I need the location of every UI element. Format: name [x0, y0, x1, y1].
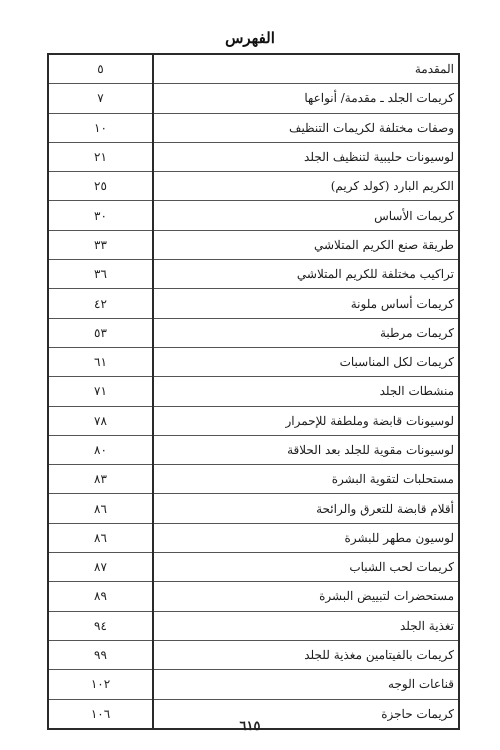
toc-page-number: ٥٣ — [48, 318, 153, 347]
toc-entry-title: كريمات لحب الشباب — [153, 553, 459, 582]
toc-entry-title: لوسيون مطهر للبشرة — [153, 523, 459, 552]
toc-page-number: ٣٦ — [48, 260, 153, 289]
toc-row: ٨٦أقلام قابضة للتعرق والرائحة — [48, 494, 459, 523]
toc-row: ٨٣مستحلبات لتقوية البشرة — [48, 465, 459, 494]
toc-entry-title: الكريم البارد (كولد كريم) — [153, 172, 459, 201]
toc-row: ٨٧كريمات لحب الشباب — [48, 553, 459, 582]
toc-page-number: ٧٨ — [48, 406, 153, 435]
toc-entry-title: لوسيونات قابضة وملطفة للإحمرار — [153, 406, 459, 435]
page-number: ٦١٥ — [0, 719, 500, 734]
toc-entry-title: كريمات أساس ملونة — [153, 289, 459, 318]
toc-page-number: ٨٦ — [48, 494, 153, 523]
page-title: الفهرس — [0, 29, 500, 47]
toc-row: ٨٠لوسيونات مقوية للجلد بعد الحلاقة — [48, 435, 459, 464]
toc-page-number: ٨٩ — [48, 582, 153, 611]
toc-entry-title: المقدمة — [153, 54, 459, 84]
toc-page-number: ٨٣ — [48, 465, 153, 494]
toc-row: ٢١لوسيونات حليبية لتنظيف الجلد — [48, 142, 459, 171]
toc-entry-title: كريمات بالفيتامين مغذية للجلد — [153, 640, 459, 669]
toc-row: ٨٦لوسيون مطهر للبشرة — [48, 523, 459, 552]
toc-page-number: ٦١ — [48, 347, 153, 376]
toc-row: ٦١كريمات لكل المناسبات — [48, 347, 459, 376]
toc-row: ١٠وصفات مختلفة لكريمات التنظيف — [48, 113, 459, 142]
toc-entry-title: مستحلبات لتقوية البشرة — [153, 465, 459, 494]
toc-entry-title: لوسيونات حليبية لتنظيف الجلد — [153, 142, 459, 171]
toc-page-number: ٣٠ — [48, 201, 153, 230]
toc-page-number: ٨٠ — [48, 435, 153, 464]
toc-page-number: ٩٤ — [48, 611, 153, 640]
toc-row: ٧٨لوسيونات قابضة وملطفة للإحمرار — [48, 406, 459, 435]
toc-row: ٥المقدمة — [48, 54, 459, 84]
toc-row: ٣٠كريمات الأساس — [48, 201, 459, 230]
toc-row: ٤٢كريمات أساس ملونة — [48, 289, 459, 318]
toc-entry-title: كريمات لكل المناسبات — [153, 347, 459, 376]
toc-row: ١٠٢قناعات الوجه — [48, 670, 459, 699]
toc-page-number: ٨٧ — [48, 553, 153, 582]
toc-row: ٩٤تغذية الجلد — [48, 611, 459, 640]
toc-page-number: ٩٩ — [48, 640, 153, 669]
table-of-contents: ٥المقدمة٧كريمات الجلد ـ مقدمة/ أنواعها١٠… — [47, 53, 460, 730]
toc-page-number: ٨٦ — [48, 523, 153, 552]
toc-page-number: ٧١ — [48, 377, 153, 406]
toc-page-number: ١٠ — [48, 113, 153, 142]
toc-page-number: ٢٥ — [48, 172, 153, 201]
toc-row: ٥٣كريمات مرطبة — [48, 318, 459, 347]
toc-row: ٣٣طريقة صنع الكريم المتلاشي — [48, 230, 459, 259]
toc-entry-title: كريمات الجلد ـ مقدمة/ أنواعها — [153, 84, 459, 113]
toc-entry-title: أقلام قابضة للتعرق والرائحة — [153, 494, 459, 523]
toc-page-number: ٧ — [48, 84, 153, 113]
toc-row: ٢٥الكريم البارد (كولد كريم) — [48, 172, 459, 201]
toc-row: ٧كريمات الجلد ـ مقدمة/ أنواعها — [48, 84, 459, 113]
toc-row: ٣٦تراكيب مختلفة للكريم المتلاشي — [48, 260, 459, 289]
toc-entry-title: كريمات مرطبة — [153, 318, 459, 347]
toc-entry-title: قناعات الوجه — [153, 670, 459, 699]
toc-entry-title: كريمات الأساس — [153, 201, 459, 230]
toc-entry-title: لوسيونات مقوية للجلد بعد الحلاقة — [153, 435, 459, 464]
toc-entry-title: مستحضرات لتبييض البشرة — [153, 582, 459, 611]
toc-entry-title: وصفات مختلفة لكريمات التنظيف — [153, 113, 459, 142]
toc-page-number: ٣٣ — [48, 230, 153, 259]
toc-page-number: ٤٢ — [48, 289, 153, 318]
toc-row: ٨٩مستحضرات لتبييض البشرة — [48, 582, 459, 611]
toc-entry-title: تراكيب مختلفة للكريم المتلاشي — [153, 260, 459, 289]
toc-row: ٧١منشطات الجلد — [48, 377, 459, 406]
toc-page-number: ٢١ — [48, 142, 153, 171]
toc-page-number: ٥ — [48, 54, 153, 84]
toc-row: ٩٩كريمات بالفيتامين مغذية للجلد — [48, 640, 459, 669]
toc-entry-title: تغذية الجلد — [153, 611, 459, 640]
toc-page-number: ١٠٢ — [48, 670, 153, 699]
toc-body: ٥المقدمة٧كريمات الجلد ـ مقدمة/ أنواعها١٠… — [48, 54, 459, 729]
toc-entry-title: منشطات الجلد — [153, 377, 459, 406]
toc-entry-title: طريقة صنع الكريم المتلاشي — [153, 230, 459, 259]
